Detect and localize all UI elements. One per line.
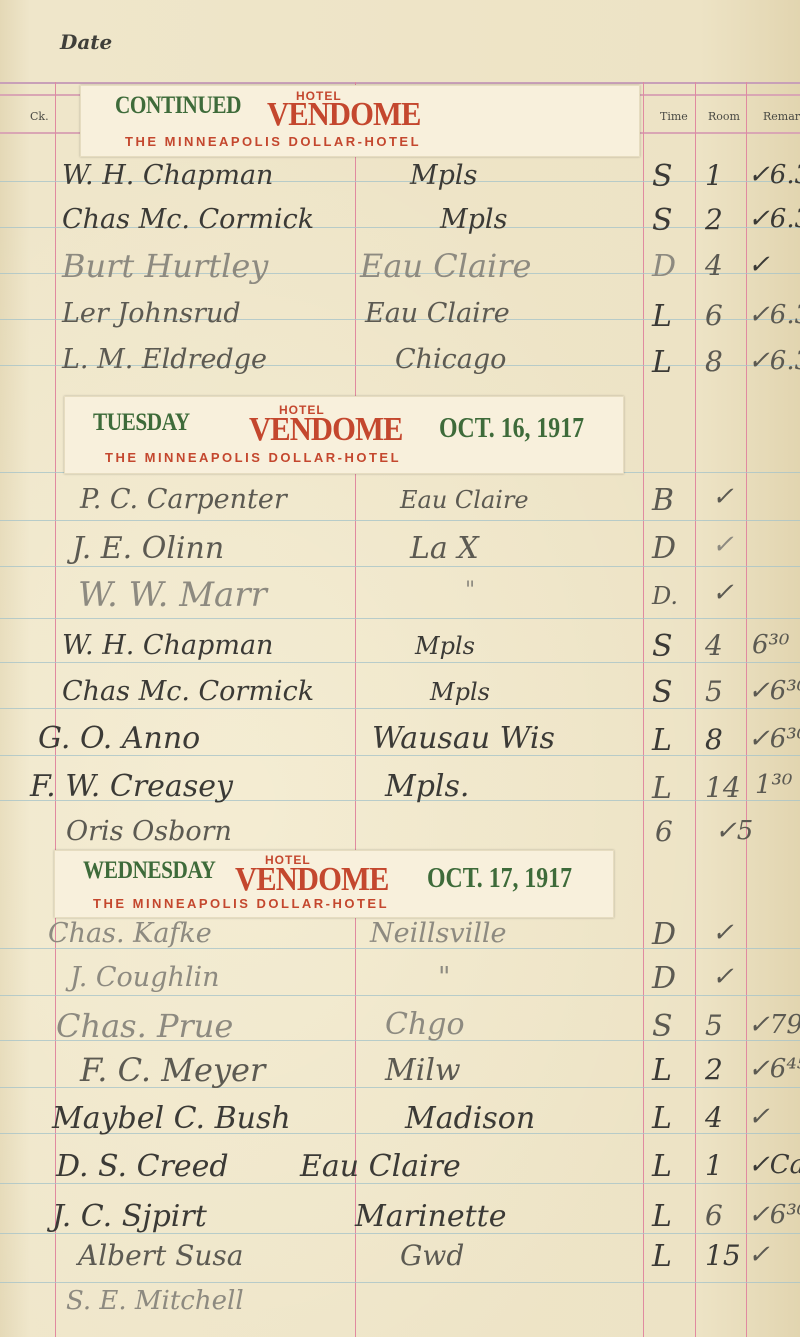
remark: ✓6.3 xyxy=(748,302,800,328)
remark: ✓ xyxy=(712,532,734,558)
remark: ✓Call xyxy=(748,1152,800,1178)
room-number: 1 xyxy=(705,1152,723,1180)
arrival-time: L xyxy=(652,348,672,378)
guest-entry: J. Coughlin " D ✓ xyxy=(0,958,800,1002)
arrival-time: D xyxy=(652,964,676,994)
arrival-time: L xyxy=(652,1056,672,1086)
guest-name: Maybel C. Bush xyxy=(52,1104,291,1134)
guest-name: Albert Susa xyxy=(78,1242,243,1270)
stamp-tagline: THE MINNEAPOLIS DOLLAR-HOTEL xyxy=(105,450,401,465)
guest-name: Burt Hurtley xyxy=(62,250,268,282)
guest-entry: L. M. Eldredge Chicago L 8 ✓6.3 xyxy=(0,342,800,386)
room-number: 4 xyxy=(705,1104,723,1132)
guest-entry: Chas Mc. Cormick Mpls S 2 ✓6.3 xyxy=(0,200,800,244)
guest-entry: Chas Mc. Cormick Mpls S 5 ✓6³⁰ xyxy=(0,672,800,716)
guest-entry: D. S. Creed Eau Claire L 1 ✓Call xyxy=(0,1146,800,1190)
guest-name: J. C. Sjpirt xyxy=(52,1202,207,1232)
guest-entry: Chas. Kafke Neillsville D ✓ xyxy=(0,914,800,958)
hotel-stamp-continued: CONTINUED HOTEL VENDOME THE MINNEAPOLIS … xyxy=(80,85,640,157)
guest-name: Ler Johnsrud xyxy=(62,300,241,327)
guest-residence: Milw xyxy=(385,1056,461,1086)
remark: ✓6.3 xyxy=(748,206,800,232)
room-number: 6 xyxy=(655,818,673,846)
guest-name: J. Coughlin xyxy=(70,964,220,991)
line-rule xyxy=(0,1282,800,1283)
guest-entry: Burt Hurtley Eau Claire D 4 ✓ xyxy=(0,246,800,290)
guest-residence: Mpls xyxy=(430,680,490,704)
room-number: 4 xyxy=(705,252,723,280)
remark: ✓ xyxy=(748,1242,770,1268)
ledger-page: Date Ck. Time Room Remarks CONTINUED HOT… xyxy=(0,0,800,1337)
guest-residence: Eau Claire xyxy=(300,1152,461,1182)
guest-entry: W. H. Chapman Mpls S 1 ✓6.3 xyxy=(0,156,800,200)
remark: ✓79 xyxy=(748,1012,800,1038)
guest-entry: Albert Susa Gwd L 15 ✓ xyxy=(0,1238,800,1282)
room-number: 14 xyxy=(705,774,741,802)
remark: ✓5 xyxy=(715,818,753,844)
remark: ✓ xyxy=(712,920,734,946)
header-rule-top xyxy=(0,82,800,84)
remark: ✓6.3 xyxy=(748,348,800,374)
stamp-date: OCT. 16, 1917 xyxy=(439,415,584,443)
guest-entry: G. O. Anno Wausau Wis L 8 ✓6³⁰ xyxy=(0,720,800,764)
hotel-stamp-wednesday: WEDNESDAY HOTEL VENDOME OCT. 17, 1917 TH… xyxy=(54,850,614,918)
room-number: 5 xyxy=(705,1012,723,1040)
guest-name: S. E. Mitchell xyxy=(66,1288,244,1314)
column-header-ck: Ck. xyxy=(30,110,49,123)
arrival-time: L xyxy=(652,1152,672,1182)
room-number: 1 xyxy=(705,162,723,190)
guest-name: P. C. Carpenter xyxy=(80,486,287,513)
remark: ✓6³⁰ xyxy=(748,726,800,752)
room-number: 5 xyxy=(705,678,723,706)
arrival-time: D. xyxy=(652,584,678,608)
column-header-remarks: Remarks xyxy=(763,110,800,123)
remark: ✓6³⁰ xyxy=(748,1202,800,1228)
remark: ✓ xyxy=(748,1104,770,1130)
remark: ✓ xyxy=(712,484,734,510)
guest-name: Chas Mc. Cormick xyxy=(62,678,314,705)
guest-residence: Wausau Wis xyxy=(372,724,555,754)
date-header-label: Date xyxy=(60,30,112,54)
guest-residence: Eau Claire xyxy=(360,250,531,282)
stamp-hotel-name: VENDOME xyxy=(235,863,389,897)
room-number: 8 xyxy=(705,726,723,754)
guest-residence: Madison xyxy=(405,1104,535,1134)
room-number: 2 xyxy=(705,1056,723,1084)
arrival-time: L xyxy=(652,774,672,804)
guest-name: Chas Mc. Cormick xyxy=(62,206,314,233)
remark: ✓ xyxy=(712,580,734,606)
guest-entry: Oris Osborn 6 ✓5 xyxy=(0,812,800,856)
arrival-time: S xyxy=(652,206,673,236)
guest-entry: W. H. Chapman Mpls S 4 6³⁰ xyxy=(0,626,800,670)
guest-name: L. M. Eldredge xyxy=(62,346,267,373)
remark: ✓ xyxy=(748,252,770,278)
hotel-stamp-tuesday: TUESDAY HOTEL VENDOME OCT. 16, 1917 THE … xyxy=(64,396,624,474)
stamp-tagline: THE MINNEAPOLIS DOLLAR-HOTEL xyxy=(93,896,389,911)
guest-residence: Eau Claire xyxy=(400,488,529,512)
room-number: 4 xyxy=(705,632,723,660)
arrival-time: D xyxy=(652,920,676,950)
guest-residence: " xyxy=(465,580,475,602)
line-rule xyxy=(0,618,800,619)
arrival-time: L xyxy=(652,1242,672,1272)
remark: ✓6³⁰ xyxy=(748,678,800,704)
guest-entry: J. E. Olinn La X D ✓ xyxy=(0,526,800,570)
guest-residence: Mpls. xyxy=(385,772,469,802)
stamp-hotel-name: VENDOME xyxy=(267,98,421,132)
guest-residence: Chgo xyxy=(385,1010,465,1040)
stamp-date: OCT. 17, 1917 xyxy=(427,865,572,893)
guest-name: F. W. Creasey xyxy=(30,772,233,802)
arrival-time: S xyxy=(652,162,673,192)
column-header-time: Time xyxy=(660,110,688,123)
guest-residence: Mpls xyxy=(410,162,477,189)
remark: 6³⁰ xyxy=(752,632,789,658)
room-number: 6 xyxy=(705,1202,723,1230)
guest-residence: " xyxy=(438,964,450,991)
remark: ✓ xyxy=(712,964,734,990)
guest-residence: Eau Claire xyxy=(365,300,510,327)
guest-residence: Mpls xyxy=(440,206,507,233)
guest-residence: La X xyxy=(410,534,479,564)
arrival-time: S xyxy=(652,1012,673,1042)
guest-residence: Neillsville xyxy=(370,920,507,947)
guest-name: W. W. Marr xyxy=(78,578,267,612)
guest-name: F. C. Meyer xyxy=(80,1054,265,1086)
guest-entry: W. W. Marr " D. ✓ xyxy=(0,574,800,618)
guest-entry: S. E. Mitchell xyxy=(0,1284,800,1328)
guest-name: J. E. Olinn xyxy=(72,534,224,564)
guest-residence: Marinette xyxy=(355,1202,506,1232)
guest-residence: Mpls xyxy=(415,634,475,658)
arrival-time: B xyxy=(652,486,674,516)
arrival-time: D xyxy=(652,534,676,564)
guest-entry: P. C. Carpenter Eau Claire B ✓ xyxy=(0,478,800,522)
stamp-day-label: CONTINUED xyxy=(115,92,241,120)
remark: 1³⁰ xyxy=(755,772,792,798)
stamp-hotel-name: VENDOME xyxy=(249,413,403,447)
guest-entry: Maybel C. Bush Madison L 4 ✓ xyxy=(0,1098,800,1142)
arrival-time: S xyxy=(652,632,673,662)
guest-name: D. S. Creed xyxy=(56,1152,229,1182)
stamp-tagline: THE MINNEAPOLIS DOLLAR-HOTEL xyxy=(125,134,421,149)
arrival-time: L xyxy=(652,1202,672,1232)
guest-entry: F. C. Meyer Milw L 2 ✓6⁴⁵ xyxy=(0,1050,800,1094)
room-number: 2 xyxy=(705,206,723,234)
arrival-time: L xyxy=(652,726,672,756)
room-number: 15 xyxy=(705,1242,741,1270)
guest-residence: Gwd xyxy=(400,1242,464,1270)
stamp-day-label: WEDNESDAY xyxy=(83,857,215,885)
arrival-time: D xyxy=(652,252,676,282)
remark: ✓6⁴⁵ xyxy=(748,1056,800,1082)
stamp-day-label: TUESDAY xyxy=(93,409,190,437)
guest-name: Chas. Kafke xyxy=(48,920,212,947)
arrival-time: L xyxy=(652,302,672,332)
column-header-room: Room xyxy=(708,110,740,123)
guest-name: Oris Osborn xyxy=(66,818,232,845)
arrival-time: S xyxy=(652,678,673,708)
guest-residence: Chicago xyxy=(395,346,506,373)
guest-entry: Chas. Prue Chgo S 5 ✓79 xyxy=(0,1006,800,1050)
guest-name: W. H. Chapman xyxy=(62,632,273,659)
guest-name: G. O. Anno xyxy=(38,724,200,754)
room-number: 8 xyxy=(705,348,723,376)
guest-entry: F. W. Creasey Mpls. L 14 1³⁰ xyxy=(0,766,800,810)
arrival-time: L xyxy=(652,1104,672,1134)
guest-name: W. H. Chapman xyxy=(62,162,273,189)
guest-name: Chas. Prue xyxy=(56,1010,233,1042)
guest-entry: J. C. Sjpirt Marinette L 6 ✓6³⁰ xyxy=(0,1196,800,1240)
remark: ✓6.3 xyxy=(748,162,800,188)
guest-entry: Ler Johnsrud Eau Claire L 6 ✓6.3 xyxy=(0,296,800,340)
room-number: 6 xyxy=(705,302,723,330)
